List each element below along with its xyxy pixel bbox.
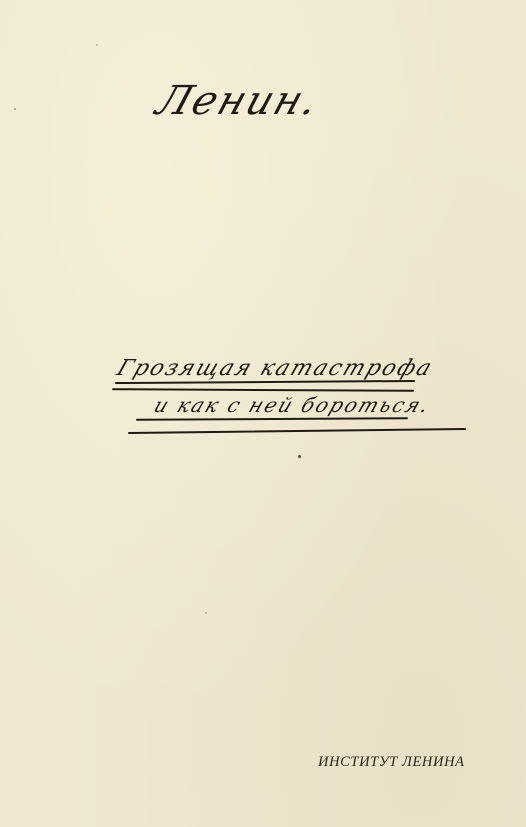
author-signature: Ленин.	[151, 78, 326, 124]
title-page: Ленин. Грозящая катастрофа и как с ней б…	[0, 0, 526, 827]
strikethrough-underline-2	[112, 388, 414, 392]
title-line-1: Грозящая катастрофа	[113, 356, 436, 381]
paper-speck	[14, 108, 16, 110]
title-line-2: и как с ней бороться.	[151, 393, 435, 417]
title-underline-1	[136, 417, 408, 420]
paper-speck	[205, 612, 207, 614]
publisher-imprint: ИНСТИТУТ ЛЕНИНА	[318, 754, 465, 771]
paper-speck	[96, 44, 98, 46]
title-underline-2	[128, 428, 466, 434]
paper-speck	[298, 455, 301, 458]
